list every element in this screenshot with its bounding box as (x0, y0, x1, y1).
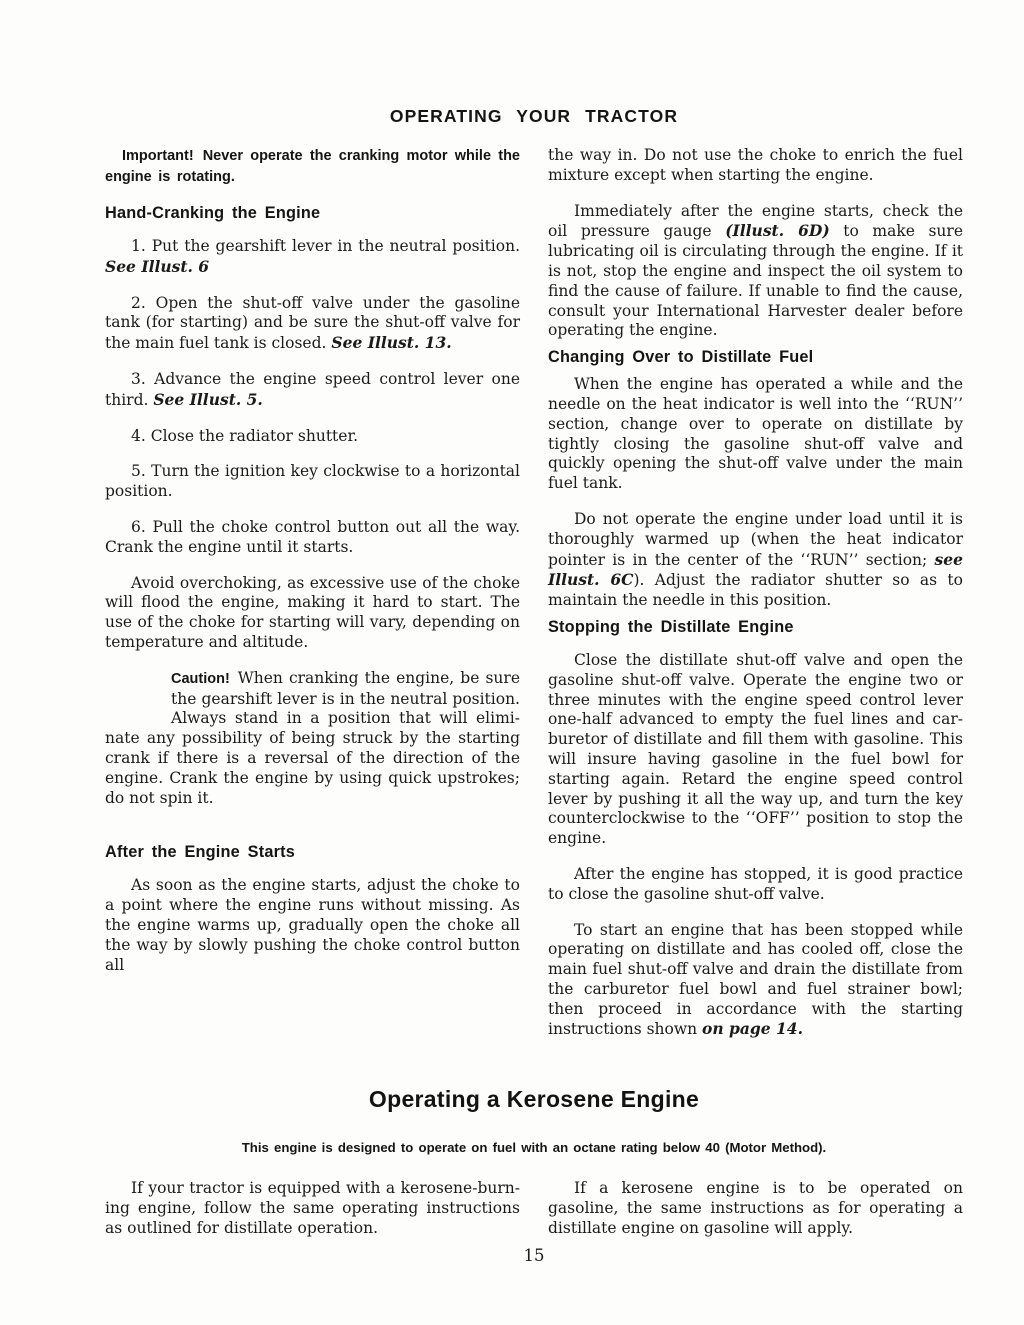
illustration-reference: See Illust. 6 (105, 257, 209, 276)
kerosene-section-heading: Operating a Kerosene Engine (105, 1086, 963, 1112)
stopping-paragraph-3: To start an engine that has been stopped… (548, 921, 963, 1041)
caution-lead: Caution! (171, 671, 238, 687)
kerosene-octane-note: This engine is designed to operate on fu… (105, 1140, 963, 1155)
step-item-1: 1. Put the gearshift lever in the neutra… (105, 237, 520, 278)
step-text: 2. Open the shut-off valve under the gas… (105, 294, 520, 353)
step-item-3: 3. Advance the engine speed control leve… (105, 370, 520, 411)
stopping-paragraph-1: Close the distillate shut-off valve and … (548, 651, 963, 849)
kerosene-section: Operating a Kerosene Engine This engine … (105, 1086, 963, 1238)
page-title: OPERATING YOUR TRACTOR (105, 106, 963, 127)
step-item-6: 6. Pull the choke control button out all… (105, 518, 520, 558)
section-heading-changing-over: Changing Over to Distillate Fuel (548, 347, 963, 367)
caution-indent-spacer (105, 669, 171, 729)
caution-paragraph: Caution!When cranking the engine, be sur… (105, 669, 520, 809)
important-note-lead: Important! (122, 148, 203, 164)
step-item-4: 4. Close the radiator shutter. (105, 427, 520, 447)
changing-over-paragraph-1: When the engine has operated a while and… (548, 375, 963, 494)
section-heading-hand-cranking: Hand-Cranking the Engine (105, 203, 520, 223)
illustration-reference: See Illust. 13. (331, 333, 451, 352)
paragraph-text: Do not operate the engine under load unt… (548, 510, 963, 569)
section-heading-stopping-distillate: Stopping the Distillate Engine (548, 617, 963, 637)
step-text: 4. Close the radiator shutter. (131, 427, 358, 445)
left-column: Important!Never operate the cranking mot… (105, 146, 520, 1056)
important-note: Important!Never operate the cranking mot… (105, 146, 520, 187)
step-item-5: 5. Turn the ignition key clockwise to a … (105, 462, 520, 502)
oil-pressure-paragraph: Immediately after the engine starts, che… (548, 202, 963, 342)
kerosene-right-column: If a kerosene engine is to be operated o… (548, 1179, 963, 1238)
kerosene-left-paragraph: If your tractor is equipped with a keros… (105, 1179, 520, 1238)
kerosene-left-column: If your tractor is equipped with a keros… (105, 1179, 520, 1238)
stopping-paragraph-2: After the engine has stopped, it is good… (548, 865, 963, 905)
step-text: 1. Put the gearshift lever in the neutra… (131, 237, 520, 255)
section-heading-after-engine-starts: After the Engine Starts (105, 842, 520, 862)
after-engine-starts-paragraph: As soon as the engine starts, adjust the… (105, 876, 520, 975)
two-column-layout: Important!Never operate the cranking mot… (105, 146, 963, 1056)
step-item-2: 2. Open the shut-off valve under the gas… (105, 294, 520, 354)
step-text: 5. Turn the ignition key clockwise to a … (105, 462, 520, 500)
page-number: 15 (105, 1246, 963, 1265)
right-column: the way in. Do not use the choke to enri… (548, 146, 963, 1056)
kerosene-right-paragraph: If a kerosene engine is to be operated o… (548, 1179, 963, 1238)
illustration-reference: (Illust. 6D) (725, 221, 830, 240)
step-text: 6. Pull the choke control button out all… (105, 518, 520, 556)
illustration-reference: See Illust. 5. (153, 390, 262, 409)
kerosene-two-column-layout: If your tractor is equipped with a keros… (105, 1179, 963, 1238)
page-reference: on page 14. (702, 1019, 803, 1038)
changing-over-paragraph-2: Do not operate the engine under load unt… (548, 510, 963, 611)
continuation-paragraph: the way in. Do not use the choke to enri… (548, 146, 963, 186)
manual-page: OPERATING YOUR TRACTOR Important!Never o… (0, 0, 1024, 1325)
avoid-overchoking-paragraph: Avoid overchoking, as excessive use of t… (105, 574, 520, 653)
